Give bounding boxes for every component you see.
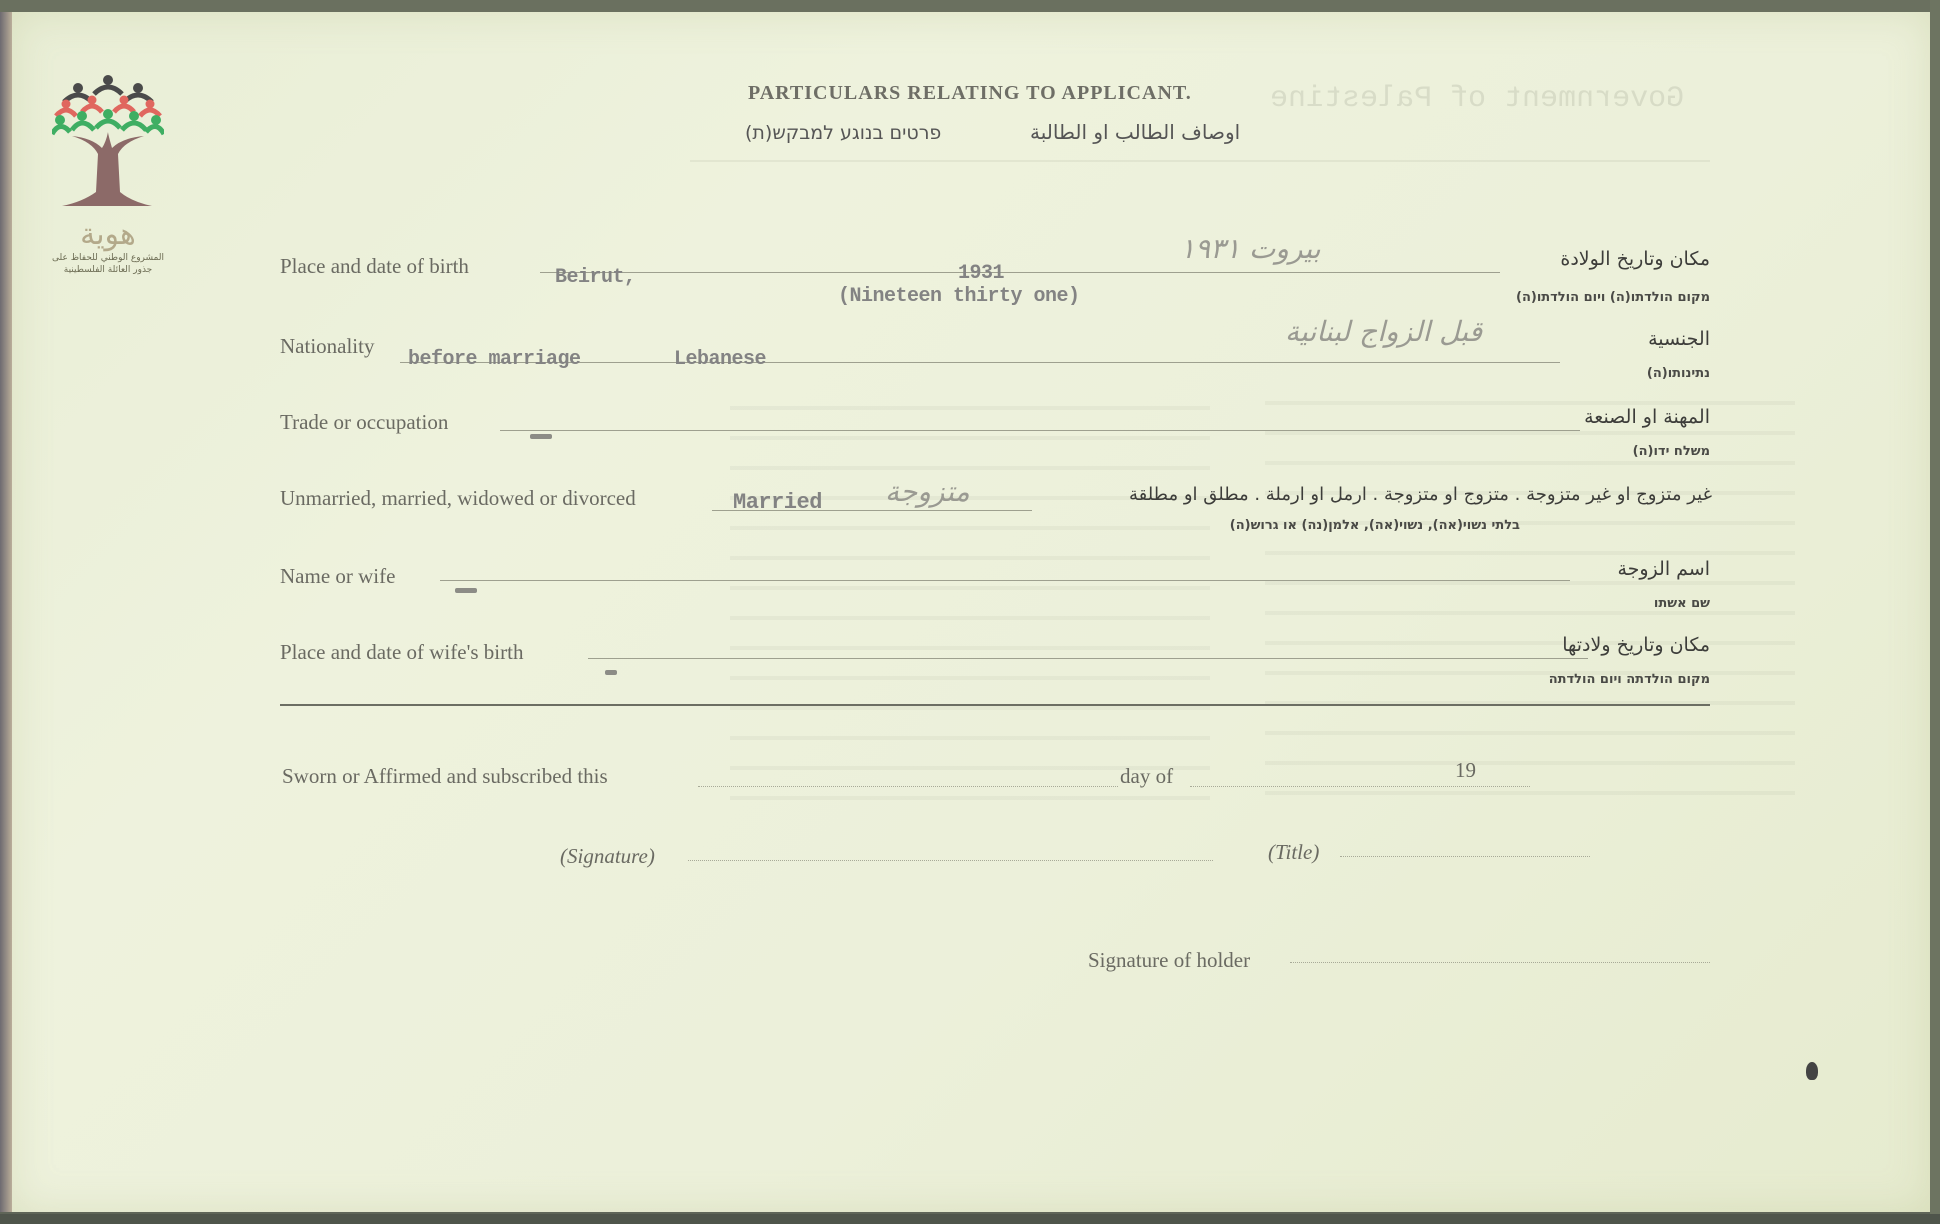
occupation-blank-dash (530, 434, 552, 439)
logo-name: هوية (52, 217, 164, 252)
scan-edge-top (0, 0, 1940, 12)
birth-place-value: Beirut, (555, 266, 636, 289)
wife-birth-label-ar: مكان وتاريخ ولادتها (1562, 634, 1710, 656)
signature-line (688, 860, 1213, 862)
occupation-label: Trade or occupation (280, 410, 448, 435)
section-divider (280, 704, 1710, 706)
birth-label-he: מקום הולדתו(ה) ויום הולדתו(ה) (1516, 290, 1710, 305)
bleed-through-heading: Government of Palestine (1270, 82, 1684, 116)
scan-edge-right (1930, 0, 1940, 1224)
logo-tagline-2: جذور العائلة الفلسطينية (52, 264, 164, 276)
form-title-en: PARTICULARS RELATING TO APPLICANT. (748, 82, 1192, 105)
wife-name-label: Name or wife (280, 564, 395, 589)
bleed-through-line (690, 160, 1710, 162)
nationality-label-he: נתינותו(ה) (1647, 366, 1710, 381)
birth-year-words-value: (Nineteen thirty one) (838, 285, 1080, 308)
birth-place-label: Place and date of birth (280, 254, 469, 279)
family-tree-icon (52, 72, 164, 212)
scan-edge-bottom (0, 1214, 1940, 1224)
occupation-line (500, 430, 1580, 431)
birth-place-line (540, 272, 1500, 273)
birth-label-ar: مكان وتاريخ الولادة (1560, 248, 1710, 270)
title-line (1340, 856, 1590, 858)
marital-status-value: Married (733, 490, 822, 515)
marital-status-handwritten-ar: متزوجة (885, 475, 970, 508)
day-of-label: day of (1120, 764, 1173, 789)
bleed-through-paragraph-right (1265, 375, 1795, 795)
wife-name-blank-dash (455, 588, 477, 593)
marital-status-label-he: בלתי נשוי(אה), נשוי(אה), אלמן(נה) או גרו… (1230, 518, 1520, 533)
month-line (1190, 786, 1530, 788)
nationality-label-ar: الجنسية (1648, 328, 1710, 350)
logo-tagline-1: المشروع الوطني للحفاظ على (52, 252, 164, 264)
nationality-handwritten-ar: قبل الزواج لبنانية (1285, 315, 1482, 348)
bleed-through-paragraph (730, 380, 1210, 800)
hawiya-logo: هوية المشروع الوطني للحفاظ على جذور العا… (52, 72, 164, 276)
year-prefix: 19 (1455, 758, 1476, 783)
wife-birth-line (588, 658, 1588, 659)
wife-birth-label-he: מקום הולדתה ויום הולדתה (1549, 672, 1710, 687)
wife-name-label-he: שם אשתו (1654, 596, 1710, 611)
wife-birth-blank-dash (605, 670, 617, 675)
sworn-label: Sworn or Affirmed and subscribed this (282, 764, 608, 789)
holder-signature-line (1290, 962, 1710, 964)
birth-year-value: 1931 (958, 262, 1004, 285)
ink-blot-mark (1806, 1062, 1818, 1080)
wife-birth-label: Place and date of wife's birth (280, 640, 523, 665)
birth-handwritten-ar: بيروت ١٩٣١ (1180, 232, 1321, 265)
nationality-value: Lebanese (674, 348, 766, 371)
marital-status-label-ar: غير متزوج او غير متزوجة . متزوج او متزوج… (1129, 484, 1712, 505)
form-title-ar: اوصاف الطالب او الطالبة (1030, 120, 1240, 145)
occupation-label-ar: المهنة او الصنعة (1584, 406, 1710, 428)
holder-signature-label: Signature of holder (1088, 948, 1250, 973)
wife-name-line (440, 580, 1570, 581)
signature-label: (Signature) (560, 844, 655, 869)
form-title-he: פרטים בנוגע למבקש(ת) (745, 120, 941, 145)
marital-status-label: Unmarried, married, widowed or divorced (280, 486, 636, 511)
wife-name-label-ar: اسم الزوجة (1617, 558, 1710, 580)
title-label: (Title) (1268, 840, 1319, 865)
nationality-label: Nationality (280, 334, 374, 359)
nationality-qualifier-value: before marriage (408, 348, 581, 371)
occupation-label-he: משלח ידו(ה) (1633, 444, 1710, 459)
sworn-day-line (698, 786, 1118, 788)
